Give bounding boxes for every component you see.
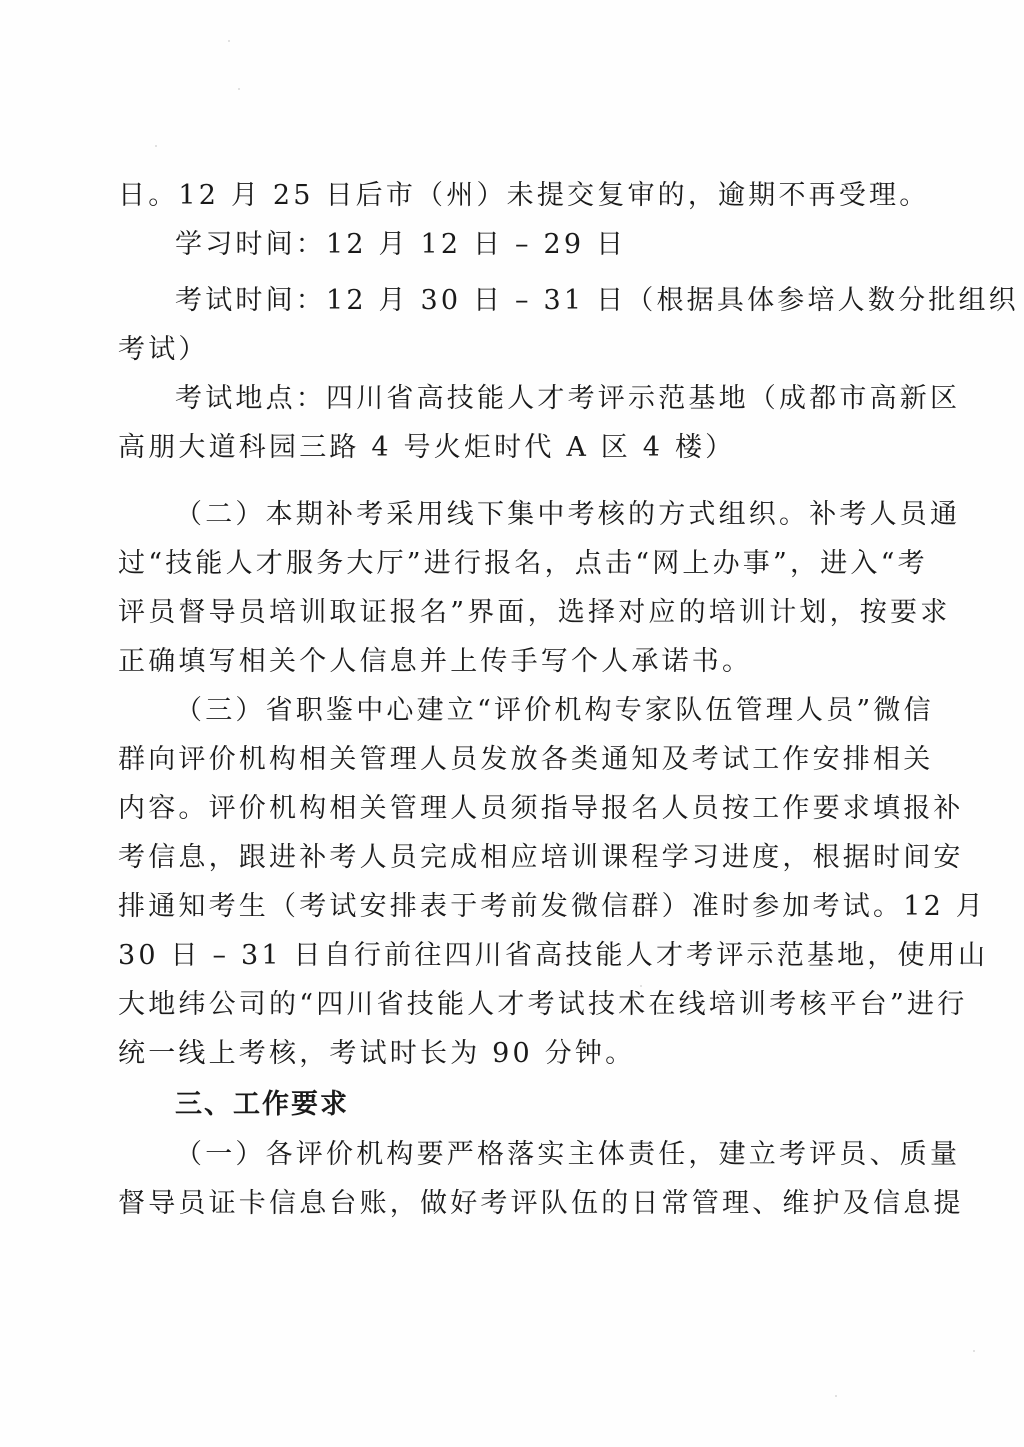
section-3-line-2: 群向评价机构相关管理人员发放各类通知及考试工作安排相关 [118, 742, 878, 778]
scan-speck [228, 40, 230, 42]
scan-speck [640, 985, 642, 987]
section-3-line-7: 大地纬公司的“四川省技能人才考试技术在线培训考核平台”进行 [118, 987, 878, 1023]
section-3-line-6: 30 日 – 31 日自行前往四川省高技能人才考评示范基地，使用山 [118, 938, 878, 974]
exam-time-line-cont: 考试） [118, 332, 878, 368]
requirement-1-line-1: （一）各评价机构要严格落实主体责任，建立考评员、质量 [175, 1137, 878, 1173]
scan-speck [155, 145, 157, 147]
section-3-line-1: （三）省职鉴中心建立“评价机构专家队伍管理人员”微信 [175, 693, 878, 729]
study-time-line: 学习时间：12 月 12 日 – 29 日 [175, 227, 878, 263]
exam-location-line: 考试地点：四川省高技能人才考评示范基地（成都市高新区 [175, 381, 878, 417]
section-2-line-2: 过“技能人才服务大厅”进行报名，点击“网上办事”，进入“考 [118, 546, 878, 582]
scan-speck [835, 1395, 837, 1397]
text-line-1: 日。12 月 25 日后市（州）未提交复审的，逾期不再受理。 [118, 178, 878, 214]
section-3-line-4: 考信息，跟进补考人员完成相应培训课程学习进度，根据时间安 [118, 840, 878, 876]
requirement-1-line-2: 督导员证卡信息台账，做好考评队伍的日常管理、维护及信息提 [118, 1186, 878, 1222]
section-2-line-3: 评员督导员培训取证报名”界面，选择对应的培训计划，按要求 [118, 595, 878, 631]
section-2-line-1: （二）本期补考采用线下集中考核的方式组织。补考人员通 [175, 497, 878, 533]
section-3-line-8: 统一线上考核，考试时长为 90 分钟。 [118, 1036, 878, 1072]
section-3-line-5: 排通知考生（考试安排表于考前发微信群）准时参加考试。12 月 [118, 889, 878, 925]
exam-time-line: 考试时间：12 月 30 日 – 31 日（根据具体参培人数分批组织 [175, 283, 878, 319]
section-2-line-4: 正确填写相关个人信息并上传手写个人承诺书。 [118, 644, 878, 680]
scan-speck [973, 1350, 975, 1352]
scan-speck [238, 88, 240, 90]
document-page: 日。12 月 25 日后市（州）未提交复审的，逾期不再受理。 学习时间：12 月… [0, 0, 1024, 1447]
exam-location-line-cont: 高朋大道科园三路 4 号火炬时代 A 区 4 楼） [118, 430, 878, 466]
section-3-line-3: 内容。评价机构相关管理人员须指导报名人员按工作要求填报补 [118, 791, 878, 827]
section-heading-work-requirements: 三、工作要求 [175, 1087, 878, 1123]
